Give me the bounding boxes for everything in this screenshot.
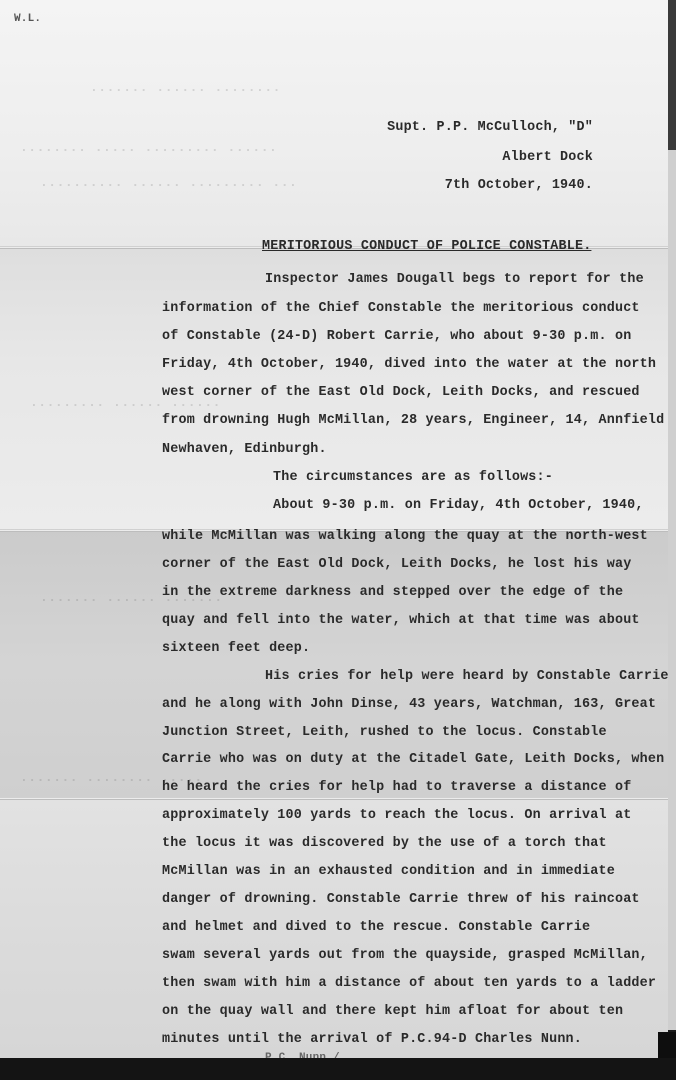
paragraph-line: Inspector James Dougall begs to report f…	[265, 272, 644, 287]
paragraph-line: corner of the East Old Dock, Leith Docks…	[162, 557, 631, 572]
fold-crease	[0, 797, 668, 800]
paragraph-line: and helmet and dived to the rescue. Cons…	[162, 920, 590, 935]
paragraph-line: swam several yards out from the quayside…	[162, 948, 648, 963]
paragraph-line: information of the Chief Constable the m…	[162, 301, 640, 316]
background-edge	[668, 0, 676, 150]
typewritten-letter: ....... ...... ........ ........ ..... .…	[0, 0, 668, 1062]
document-heading: MERITORIOUS CONDUCT OF POLICE CONSTABLE.	[262, 239, 591, 254]
date-line: 7th October, 1940.	[445, 178, 593, 193]
paragraph-line: west corner of the East Old Dock, Leith …	[162, 385, 640, 400]
paragraph-line: Friday, 4th October, 1940, dived into th…	[162, 357, 656, 372]
paragraph-line: while McMillan was walking along the qua…	[162, 529, 648, 544]
paragraph-line: on the quay wall and there kept him aflo…	[162, 1004, 623, 1019]
paragraph-line: of Constable (24-D) Robert Carrie, who a…	[162, 329, 631, 344]
show-through-text: .......... ...... ......... ...	[40, 175, 297, 190]
paragraph-line: quay and fell into the water, which at t…	[162, 613, 640, 628]
location-line: Albert Dock	[502, 150, 593, 165]
paragraph-line: His cries for help were heard by Constab…	[265, 669, 668, 684]
circumstances-intro: The circumstances are as follows:-	[273, 470, 553, 485]
paragraph-line: minutes until the arrival of P.C.94-D Ch…	[162, 1032, 582, 1047]
show-through-text: ....... ...... ........	[90, 80, 281, 95]
paragraph-line: approximately 100 yards to reach the loc…	[162, 808, 631, 823]
paragraph-line: then swam with him a distance of about t…	[162, 976, 656, 991]
background-surface	[0, 1058, 676, 1080]
paragraph-line: the locus it was discovered by the use o…	[162, 836, 607, 851]
paragraph-line: sixteen feet deep.	[162, 641, 310, 656]
show-through-text: ........ ..... ......... ......	[20, 140, 277, 155]
sender-line: Supt. P.P. McCulloch, "D"	[387, 120, 593, 135]
paragraph-line: danger of drowning. Constable Carrie thr…	[162, 892, 640, 907]
paragraph-line: Junction Street, Leith, rushed to the lo…	[162, 725, 607, 740]
paragraph-line: he heard the cries for help had to trave…	[162, 780, 631, 795]
paragraph-line: McMillan was in an exhausted condition a…	[162, 864, 615, 879]
paragraph-line: Newhaven, Edinburgh.	[162, 442, 327, 457]
paragraph-line: in the extreme darkness and stepped over…	[162, 585, 623, 600]
background-edge	[668, 150, 676, 1030]
paragraph-line: and he along with John Dinse, 43 years, …	[162, 697, 656, 712]
paragraph-line: from drowning Hugh McMillan, 28 years, E…	[162, 413, 664, 428]
paragraph-line: Carrie who was on duty at the Citadel Ga…	[162, 752, 664, 767]
initials: W.L.	[14, 13, 41, 25]
paragraph-line: About 9-30 p.m. on Friday, 4th October, …	[273, 498, 644, 513]
